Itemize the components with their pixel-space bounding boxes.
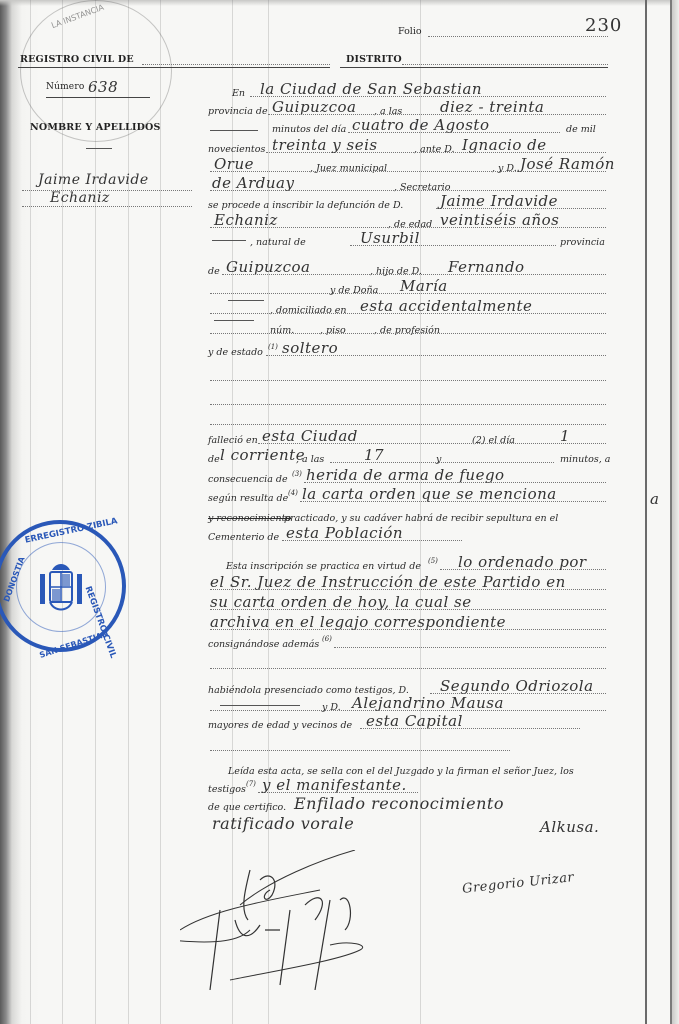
ruling-line xyxy=(62,0,63,1024)
text-minutos-a: minutos, a xyxy=(560,454,610,465)
field-line xyxy=(210,589,606,590)
text-y-d: , y D. xyxy=(492,163,517,174)
field-line xyxy=(258,792,418,793)
field-line xyxy=(210,313,606,314)
field-line xyxy=(210,404,606,405)
margin-name-line1: Jaime Irdavide xyxy=(38,172,149,188)
field-line xyxy=(210,424,606,425)
ruling-line xyxy=(95,0,96,1024)
text-de-2: de xyxy=(208,454,220,465)
text-sepultura: practicado, y su cadáver habrá de recibi… xyxy=(284,513,558,524)
field-line xyxy=(440,569,606,570)
registro-civil-field xyxy=(142,64,330,65)
footnote-1: (1) xyxy=(268,343,278,351)
header-rule-left xyxy=(18,67,330,68)
text-natural-de: , natural de xyxy=(250,237,306,248)
signature-alkusa: Alkusa. xyxy=(540,818,599,836)
field-line xyxy=(266,355,606,356)
folio-label: Folio xyxy=(398,26,422,37)
field-line xyxy=(210,750,510,751)
field-line xyxy=(222,274,606,275)
ruling-line xyxy=(160,0,161,1024)
numero-value: 638 xyxy=(88,78,118,96)
text-novecientos: novecientos xyxy=(208,144,265,155)
folio-number: 230 xyxy=(585,15,622,36)
text-testigos: testigos xyxy=(208,784,246,795)
field-line xyxy=(304,482,606,483)
field-line xyxy=(300,501,606,502)
header-rule-right xyxy=(340,67,608,68)
nombre-apellidos-label: NOMBRE Y APELLIDOS xyxy=(30,122,161,133)
text-de: de xyxy=(208,266,220,277)
text-provincia-2: provincia xyxy=(560,237,605,248)
margin-name-line2: Echaniz xyxy=(50,190,110,206)
coat-of-arms-icon xyxy=(38,562,84,618)
blank-dash xyxy=(214,320,254,321)
field-line xyxy=(258,443,606,444)
margin-note-a: a xyxy=(650,490,659,508)
text-y: y xyxy=(436,454,441,465)
text-certifico: de que certifico. xyxy=(208,802,286,813)
blank-dash xyxy=(210,130,258,131)
signature-left-icon xyxy=(180,850,400,990)
text-juez-municipal: , Juez municipal xyxy=(310,163,387,174)
footnote-3: (3) xyxy=(292,470,302,478)
certifico-value-2: ratificado vorale xyxy=(212,814,354,833)
field-line xyxy=(210,380,606,381)
right-margin-rule xyxy=(645,0,647,1024)
margin-name-rule xyxy=(22,206,192,207)
distrito-field xyxy=(402,64,608,65)
blank-dash xyxy=(212,240,246,241)
footnote-4: (4) xyxy=(288,489,298,497)
text-domiciliado: , domiciliado en xyxy=(270,305,347,316)
text-inscripcion-virtud: Esta inscripción se practica en virtud d… xyxy=(226,561,421,572)
text-fallecio-en: falleció en xyxy=(208,435,258,446)
text-de-mil: de mil xyxy=(566,124,596,135)
field-line xyxy=(436,208,606,209)
ruling-line xyxy=(30,0,31,1024)
text-segun-resulta: según resulta de xyxy=(208,493,288,504)
text-hijo-de: , hijo de D. xyxy=(370,266,422,277)
field-line xyxy=(350,245,556,246)
text-ante-d: , ante D. xyxy=(414,144,455,155)
text-num: núm. xyxy=(270,325,294,336)
distrito-label: DISTRITO xyxy=(346,54,402,65)
text-el-dia: (2) el día xyxy=(472,435,515,446)
text-mayores-edad: mayores de edad y vecinos de xyxy=(208,720,352,731)
text-y-d-2: y D. xyxy=(322,702,341,713)
field-line xyxy=(282,540,462,541)
document-page: LA INSTANCIA REGISTRO CIVIL DE Folio 230… xyxy=(0,0,679,1024)
footnote-5: (5) xyxy=(428,557,438,565)
signature-right: Gregorio Urizar xyxy=(462,870,575,897)
field-line xyxy=(348,132,560,133)
field-line xyxy=(210,227,606,228)
field-line xyxy=(210,171,606,172)
text-a-las-2: , a las xyxy=(296,454,324,465)
field-line xyxy=(210,668,606,669)
text-provincia: provincia de xyxy=(208,106,268,117)
text-consignandose: consignándose además xyxy=(208,639,319,650)
certifico-value: Enfilado reconocimiento xyxy=(294,794,504,813)
folio-field xyxy=(428,36,608,37)
field-line xyxy=(266,152,606,153)
text-cementerio: Cementerio de xyxy=(208,532,279,543)
text-piso: , piso xyxy=(320,325,346,336)
blank-dash xyxy=(228,300,264,301)
text-estado: y de estado xyxy=(208,347,263,358)
scan-shadow-right xyxy=(672,0,679,1024)
field-line xyxy=(210,629,606,630)
registro-civil-label: REGISTRO CIVIL DE xyxy=(20,54,134,65)
field-line xyxy=(210,293,606,294)
text-minutos-dia: minutos del día xyxy=(272,124,346,135)
text-consecuencia: consecuencia de xyxy=(208,474,288,485)
faded-seal xyxy=(20,0,172,142)
field-line xyxy=(210,710,606,711)
ruling-line xyxy=(128,0,129,1024)
text-en: En xyxy=(232,88,245,99)
field-line xyxy=(210,333,606,334)
blank-dash xyxy=(220,705,300,706)
text-y-de-dona: y de Doña xyxy=(330,285,378,296)
text-inscribir-defuncion: se procede a inscribir la defunción de D… xyxy=(208,200,403,211)
mes-value: l corriente xyxy=(220,446,305,464)
field-line xyxy=(330,462,554,463)
numero-rule xyxy=(46,97,150,98)
nombre-rule xyxy=(86,148,112,149)
struck-text: y reconocimiento xyxy=(208,513,291,524)
field-line xyxy=(210,190,606,191)
text-profesion: , de profesión xyxy=(374,325,440,336)
footnote-6: (6) xyxy=(322,635,332,643)
field-line xyxy=(360,728,580,729)
field-line xyxy=(210,609,606,610)
field-line xyxy=(334,647,606,648)
numero-label: Número xyxy=(46,82,84,92)
field-line xyxy=(250,96,606,97)
field-line xyxy=(268,114,606,115)
footnote-7: (7) xyxy=(246,780,256,788)
